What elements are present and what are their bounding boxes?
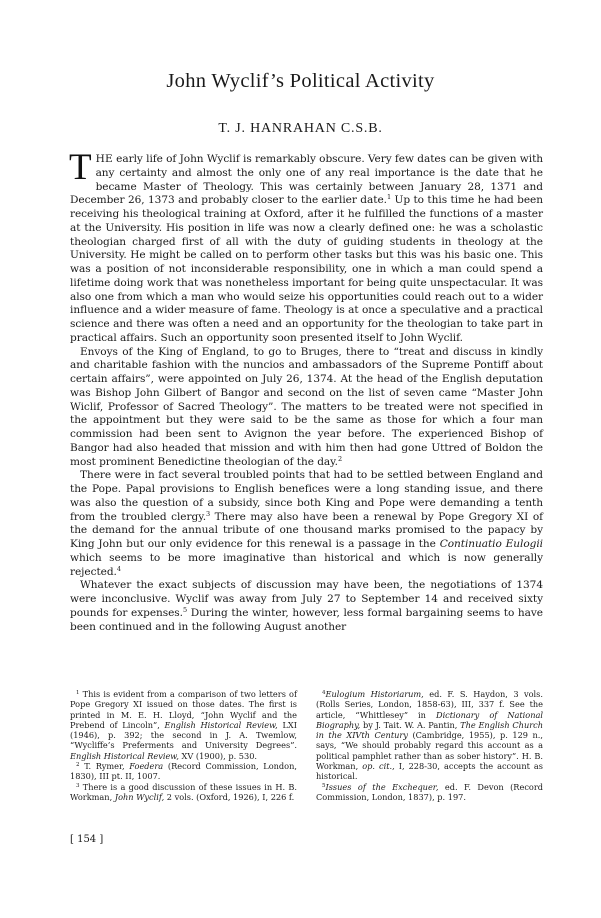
footnote-5: 5Issues of the Exchequer, ed. F. Devon (… (316, 782, 543, 803)
footnote-italic: Foedera (129, 761, 163, 771)
footnote-italic: op. cit., (362, 761, 395, 771)
footnote-text: XV (1900), p. 530. (179, 751, 257, 761)
journal-page: John Wyclif’s Political Activity T. J. H… (0, 0, 601, 918)
paragraph-3: There were in fact several troubled poin… (70, 469, 543, 579)
footnote-1: 1 This is evident from a comparison of t… (70, 689, 297, 761)
footnote-ref-4: 4 (117, 565, 121, 573)
italic-title: Continuatio Eulogii (440, 538, 543, 550)
article-author: T. J. HANRAHAN C.S.B. (0, 121, 601, 137)
drop-cap: T (69, 155, 92, 182)
footnotes-left-column: 1 This is evident from a comparison of t… (70, 689, 297, 802)
footnote-text: 2 vols. (Oxford, 1926), I, 226 f. (164, 792, 294, 802)
footnote-ref-2: 2 (338, 455, 342, 463)
paragraph-text: Envoys of the King of England, to go to … (70, 346, 543, 468)
paragraph-1: THE early life of John Wyclif is remarka… (70, 153, 543, 346)
article-body: THE early life of John Wyclif is remarka… (70, 153, 543, 634)
footnotes-right-column: 4Eulogium Historiarum, ed. F. S. Haydon,… (316, 689, 543, 802)
footnote-text: T. Rymer, (80, 761, 130, 771)
footnote-4: 4Eulogium Historiarum, ed. F. S. Haydon,… (316, 689, 543, 782)
article-title: John Wyclif’s Political Activity (0, 70, 601, 93)
page-number: [ 154 ] (70, 834, 103, 845)
footnote-text: by J. Tait. W. A. Pantin, (360, 720, 460, 730)
footnote-italic: John Wyclif, (115, 792, 164, 802)
footnote-italic: English Historical Review, (165, 720, 278, 730)
footnote-2: 2 T. Rymer, Foedera (Record Commission, … (70, 761, 297, 782)
footnote-italic: Issues of the Exchequer, (326, 782, 439, 792)
paragraph-4: Whatever the exact subjects of discussio… (70, 579, 543, 634)
paragraph-text: Up to this time he had been receiving hi… (70, 194, 543, 344)
paragraph-2: Envoys of the King of England, to go to … (70, 346, 543, 470)
footnote-italic: English Historical Review, (70, 751, 179, 761)
lead-word: HE (96, 153, 113, 165)
footnote-italic: Eulogium Historiarum, (326, 689, 424, 699)
paragraph-text: which seems to be more imaginative than … (70, 552, 543, 578)
footnote-3: 3 There is a good discussion of these is… (70, 782, 297, 803)
